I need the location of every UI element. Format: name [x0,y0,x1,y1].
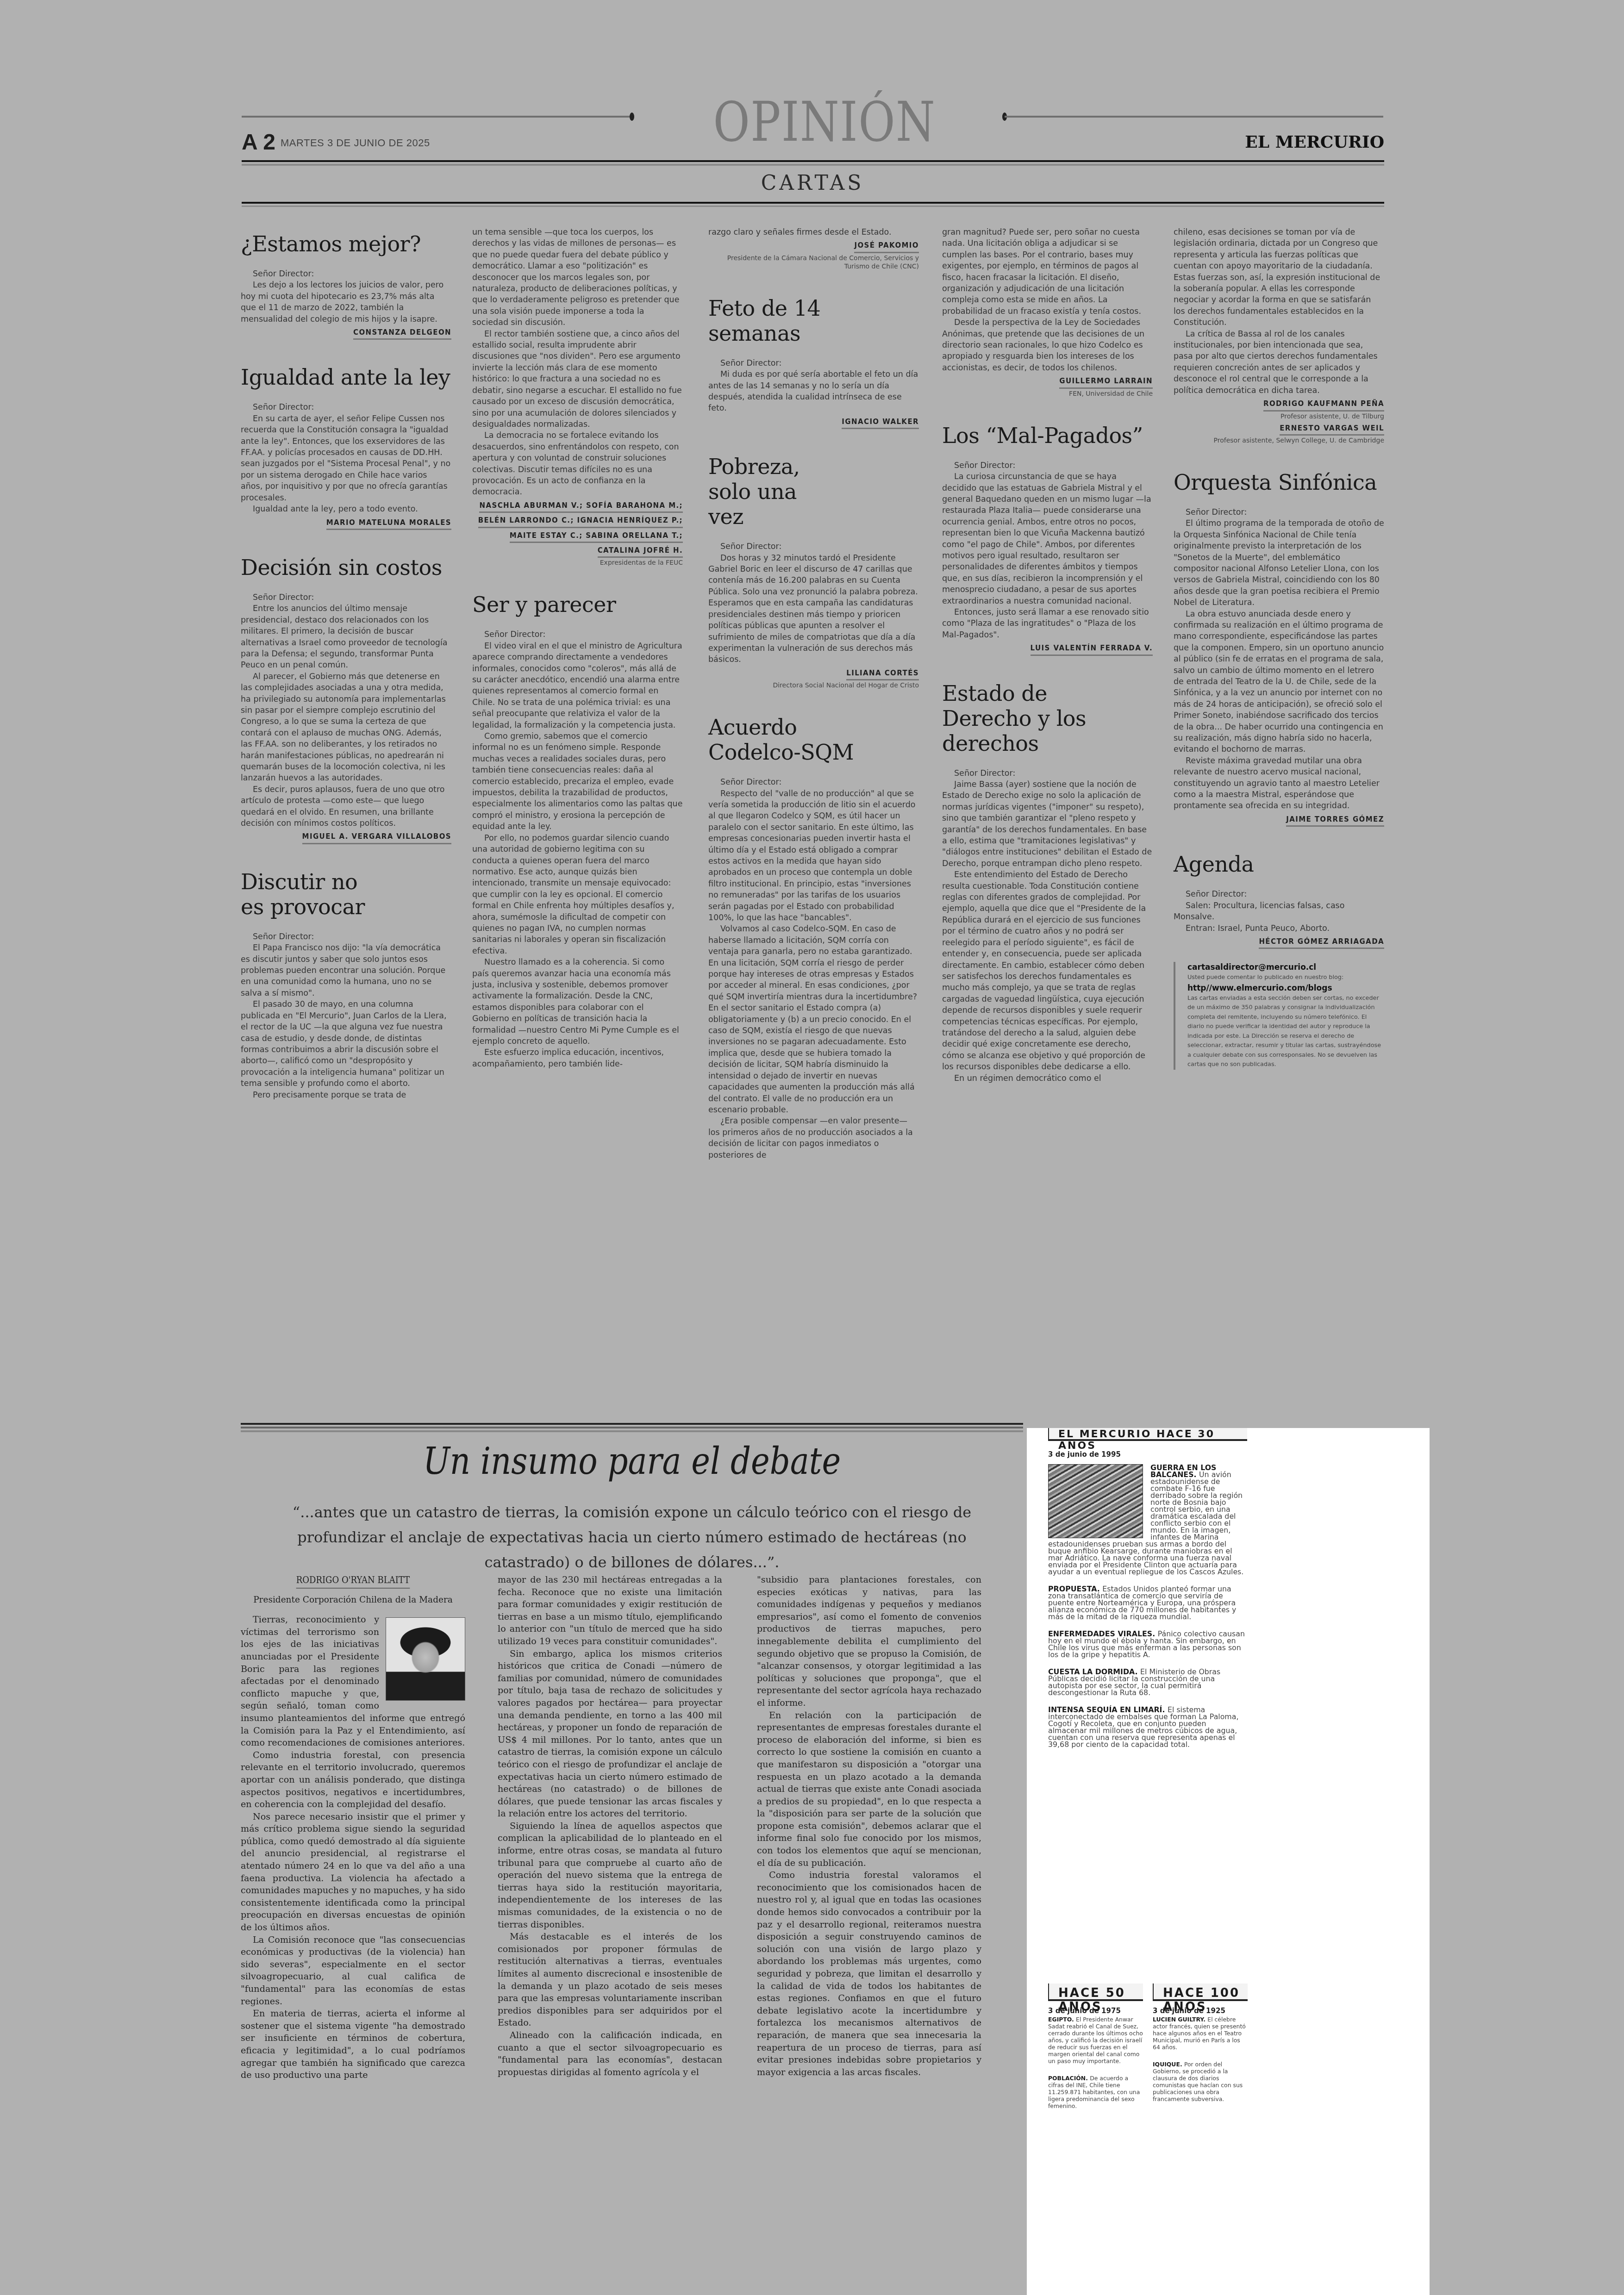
author-role: Presidente Corporación Chilena de la Mad… [241,1594,465,1607]
letter-paragraph: Este entendimiento del Estado de Derecho… [942,869,1153,1073]
letters-column-3: razgo claro y señales firmes desde el Es… [708,227,919,1161]
archive-item: EGIPTO. El Presidente Anwar Sadat reabri… [1048,2016,1143,2064]
column-text-1: RODRIGO O'RYAN BLAITT Presidente Corpora… [241,1574,465,2082]
letters-column-1: ¿Estamos mejor? Señor Director: Les dejo… [241,227,451,1101]
divider [242,202,1384,204]
column-paragraph: mayor de las 230 mil hectáreas entregada… [498,1574,722,1648]
letter-paragraph: Respecto del "valle de no producción" al… [708,788,919,924]
letter-title: Igualdad ante la ley [241,365,451,390]
letter-signature: LILIANA CORTÉS [708,667,919,680]
edition-date: MARTES 3 DE JUNIO DE 2025 [281,137,430,149]
signature-affiliation: Presidente de la Cámara Nacional de Come… [708,254,919,271]
letter-title: Feto de 14 semanas [708,296,919,346]
letter-title: Ser y parecer [472,592,683,617]
letter-paragraph: un tema sensible —que toca los cuerpos, … [472,227,683,329]
letter-signature: LUIS VALENTÍN FERRADA V. [942,642,1153,655]
section-title: OPINIÓN [713,90,925,154]
letter-paragraph: Dos horas y 32 minutos tardó el Presiden… [708,553,919,666]
letter-title: Decisión sin costos [241,555,451,580]
letters-column-5: chileno, esas decisiones se toman por ví… [1174,227,1384,1070]
archive-50-items: EGIPTO. El Presidente Anwar Sadat reabri… [1048,2016,1143,2120]
letter-title: Agenda [1174,852,1384,877]
letter-signature: RODRIGO KAUFMANN PEÑA [1174,398,1384,411]
column-paragraph: Como industria forestal, con presencia r… [241,1749,465,1811]
letter-title: Pobreza, solo una vez [708,454,829,529]
letter-title: Discutir no es provocar [241,869,380,919]
archive-box: EL MERCURIO HACE 30 AÑOS 3 de junio de 1… [1027,1428,1430,2295]
signature-affiliation: Profesor asistente, Selwyn College, U. d… [1174,437,1384,445]
archive-item: LUCIEN GUILTRY. El célebre actor francés… [1153,2016,1248,2051]
letter-title: Acuerdo Codelco-SQM [708,715,861,765]
letter-paragraph: El pasado 30 de mayo, en una columna pub… [241,999,451,1089]
letter-orquesta: Orquesta Sinfónica Señor Director: El úl… [1174,470,1384,827]
letter-mal-pagados: Los “Mal-Pagados” Señor Director: La cur… [942,423,1153,656]
archive-30-items: GUERRA EN LOS BALCANES. Un avión estadou… [1048,1464,1247,1758]
letter-signature: CONSTANZA DELGEON [241,327,451,340]
letter-paragraph: Entonces, justo será llamar a ese renova… [942,607,1153,641]
column-paragraph: En relación con la participación de repr… [757,1709,981,1870]
letter-pobreza: Pobreza, solo una vez Señor Director: Do… [708,454,919,690]
column-paragraph: "subsidio para plantaciones forestales, … [757,1574,981,1709]
salutation: Señor Director: [241,931,451,942]
salutation: Señor Director: [708,541,919,552]
letter-decision: Decisión sin costos Señor Director: Entr… [241,555,451,844]
letter-paragraph: El Papa Francisco nos dijo: "la vía demo… [241,942,451,999]
archive-date-1975: 3 de junio de 1975 [1048,2007,1121,2015]
column-paragraph: Alineado con la calificación indicada, e… [498,2029,722,2078]
salutation: Señor Director: [708,358,919,369]
salutation: Señor Director: [708,777,919,788]
column-paragraph: Tierras, reconocimiento y víctimas del t… [241,1614,465,1749]
letter-paragraph: gran magnitud? Puede ser, pero soñar no … [942,227,1153,317]
letter-paragraph: razgo claro y señales firmes desde el Es… [708,227,919,238]
column-paragraph: Más destacable es el interés de los comi… [498,1931,722,2029]
column-paragraph: Sin embargo, aplica los mismos criterios… [498,1648,722,1820]
letter-title: ¿Estamos mejor? [241,231,451,256]
letter-signature: JAIME TORRES GÓMEZ [1174,814,1384,827]
masthead-rule-left [242,116,631,118]
letter-paragraph: La crítica de Bassa al rol de los canale… [1174,329,1384,396]
letter-discutir: Discutir no es provocar Señor Director: … [241,869,451,1101]
letter-paragraph: Salen: Procultura, licencias falsas, cas… [1174,900,1384,923]
letter-signature: IGNACIO WALKER [708,416,919,429]
letter-signature: MARIO MATELUNA MORALES [241,517,451,530]
archive-header-30: EL MERCURIO HACE 30 AÑOS [1048,1428,1247,1441]
archive-100-items: LUCIEN GUILTRY. El célebre actor francés… [1153,2016,1248,2113]
letter-paragraph: Reviste máxima gravedad mutilar una obra… [1174,755,1384,812]
letter-title: Estado de Derecho y los derechos [942,681,1137,756]
archive-header-100: HACE 100 AÑOS [1153,1983,1248,2001]
letter-estamos-mejor: ¿Estamos mejor? Señor Director: Les dejo… [241,231,451,340]
letter-paragraph: ¿Era posible compensar —en valor present… [708,1116,919,1161]
letter-paragraph: Mi duda es por qué sería abortable el fe… [708,369,919,414]
salutation: Señor Director: [472,629,683,640]
letter-paragraph: Igualdad ante la ley, pero a todo evento… [241,504,451,515]
letter-paragraph: Por ello, no podemos guardar silencio cu… [472,833,683,957]
ornament-dot-icon [630,112,634,121]
letter-paragraph: Este esfuerzo implica educación, incenti… [472,1047,683,1070]
letter-paragraph: El video viral en el que el ministro de … [472,641,683,731]
letter-igualdad: Igualdad ante la ley Señor Director: En … [241,365,451,530]
letter-paragraph: Volvamos al caso Codelco-SQM. En caso de… [708,923,919,1116]
archive-item: POBLACIÓN. De acuerdo a cifras del INE, … [1048,2075,1143,2109]
opinion-column: Un insumo para el debate “...antes que u… [241,1440,1023,2295]
letter-signature: CATALINA JOFRÉ H. [472,545,683,558]
signature-affiliation: Profesor asistente, U. de Tilburg [1174,412,1384,421]
salutation: Señor Director: [241,268,451,280]
archive-item: ENFERMEDADES VIRALES. Pánico colectivo c… [1048,1630,1247,1658]
author-name: RODRIGO O'RYAN BLAITT [241,1574,465,1589]
signature-affiliation: FEN, Universidad de Chile [942,390,1153,398]
column-paragraph: La Comisión reconoce que "las consecuenc… [241,1934,465,2008]
column-paragraph: Nos parece necesario insistir que el pri… [241,1811,465,1934]
newspaper-brand: EL MERCURIO [1245,132,1384,152]
column-paragraph: En materia de tierras, acierta el inform… [241,2008,465,2082]
letter-signature: BELÉN LARRONDO C.; IGNACIA HENRÍQUEZ P.; [472,515,683,528]
divider [242,160,1384,162]
salutation: Señor Director: [942,460,1153,471]
letter-paragraph: La curiosa circunstancia de que se haya … [942,471,1153,607]
letter-signature: NASCHLA ABURMAN V.; SOFÍA BARAHONA M.; [472,500,683,513]
archive-item: CUESTA LA DORMIDA. El Ministerio de Obra… [1048,1668,1247,1696]
letter-signature: HÉCTOR GÓMEZ ARRIAGADA [1174,936,1384,949]
column-paragraph: Siguiendo la línea de aquellos aspectos … [498,1820,722,1931]
divider [242,206,1384,207]
letter-paragraph: La obra estuvo anunciada desde enero y c… [1174,609,1384,755]
letter-paragraph: Es decir, puros aplausos, fuera de uno q… [241,784,451,829]
column-paragraph: Como industria forestal valoramos el rec… [757,1869,981,2078]
letter-signature: MAITE ESTAY C.; SABINA ORELLANA T.; [472,530,683,543]
letter-paragraph: Como gremio, sabemos que el comercio inf… [472,731,683,833]
archive-item: IQUIQUE. Por orden del Gobierno, se proc… [1153,2061,1248,2102]
letter-signature: ERNESTO VARGAS WEIL [1174,423,1384,436]
subsection-title: CARTAS [241,171,1384,195]
letter-signature: MIGUEL A. VERGARA VILLALOBOS [241,831,451,844]
letters-info-box: cartasaldirector@mercurio.cl Usted puede… [1174,962,1384,1070]
archive-item: PROPUESTA. Estados Unidos planteó formar… [1048,1585,1247,1620]
letter-paragraph: Jaime Bassa (ayer) sostiene que la noció… [942,779,1153,869]
salutation: Señor Director: [241,592,451,603]
masthead: OPINIÓN A 2 MARTES 3 DE JUNIO DE 2025 EL… [241,83,1384,199]
letter-paragraph: chileno, esas decisiones se toman por ví… [1174,227,1384,329]
letter-agenda: Agenda Señor Director: Salen: Procultura… [1174,852,1384,949]
letters-section: ¿Estamos mejor? Señor Director: Les dejo… [241,227,1384,1403]
letters-column-2: un tema sensible —que toca los cuerpos, … [472,227,683,1070]
letter-paragraph: El rector también sostiene que, a cinco … [472,329,683,430]
submission-rules: Las cartas enviadas a esta sección deben… [1187,994,1384,1070]
archive-date-1995: 3 de junio de 1995 [1048,1450,1121,1459]
letter-paragraph: Nuestro llamado es a la coherencia. Si c… [472,957,683,1047]
letter-paragraph: La democracia no se fortalece evitando l… [472,430,683,498]
salutation: Señor Director: [1174,507,1384,518]
letter-feto: Feto de 14 semanas Señor Director: Mi du… [708,296,919,429]
salutation: Señor Director: [1174,889,1384,900]
letters-email-link[interactable]: cartasaldirector@mercurio.cl [1187,962,1384,973]
masthead-rule-right [1005,116,1383,118]
letter-paragraph: Desde la perspectiva de la Ley de Socied… [942,317,1153,374]
column-text-3: "subsidio para plantaciones forestales, … [757,1574,981,2078]
letter-codelco: Acuerdo Codelco-SQM Señor Director: Resp… [708,715,919,1161]
letter-paragraph: Les dejo a los lectores los juicios de v… [241,280,451,325]
archive-item: INTENSA SEQUÍA EN LIMARÍ. El sistema int… [1048,1706,1247,1748]
author-portrait [386,1617,465,1701]
blog-prompt: Usted puede comentar lo publicado en nue… [1187,973,1384,983]
page-number: A 2 [242,130,275,155]
divider [242,164,1384,166]
letter-paragraph: En su carta de ayer, el señor Felipe Cus… [241,413,451,504]
letter-title: Orquesta Sinfónica [1174,470,1384,495]
pull-quote: “...antes que un catastro de tierras, la… [269,1500,995,1575]
section-divider [241,1423,1023,1434]
letter-paragraph: En un régimen democrático como el [942,1073,1153,1084]
salutation: Señor Director: [942,768,1153,779]
signature-affiliation: Expresidentas de la FEUC [472,559,683,567]
column-text-2: mayor de las 230 mil hectáreas entregada… [498,1574,722,2078]
letter-paragraph: El último programa de la temporada de ot… [1174,518,1384,608]
letters-column-4: gran magnitud? Puede ser, pero soñar no … [942,227,1153,1084]
letter-paragraph: Entre los anuncios del último mensaje pr… [241,603,451,671]
letter-ser-parecer: Ser y parecer Señor Director: El video v… [472,592,683,1070]
letter-estado-derecho: Estado de Derecho y los derechos Señor D… [942,681,1153,1084]
archive-header-50: HACE 50 AÑOS [1048,1983,1143,2001]
signature-affiliation: Directora Social Nacional del Hogar de C… [708,681,919,690]
letter-paragraph: Al parecer, el Gobierno más que deteners… [241,671,451,784]
letter-paragraph: Entran: Israel, Punta Peuco, Aborto. [1174,923,1384,934]
letter-paragraph: Pero precisamente porque se trata de [241,1090,451,1101]
archive-item: GUERRA EN LOS BALCANES. Un avión estadou… [1048,1464,1247,1575]
marines-photo [1048,1464,1143,1538]
letter-signature: GUILLERMO LARRAIN [942,375,1153,388]
archive-date-1925: 3 de junio de 1925 [1153,2007,1225,2015]
letter-signature: JOSÉ PAKOMIO [708,240,919,253]
blog-link[interactable]: http//www.elmercurio.com/blogs [1187,983,1384,994]
salutation: Señor Director: [241,402,451,413]
column-title: Un insumo para el debate [295,1440,968,1483]
letter-title: Los “Mal-Pagados” [942,423,1153,448]
